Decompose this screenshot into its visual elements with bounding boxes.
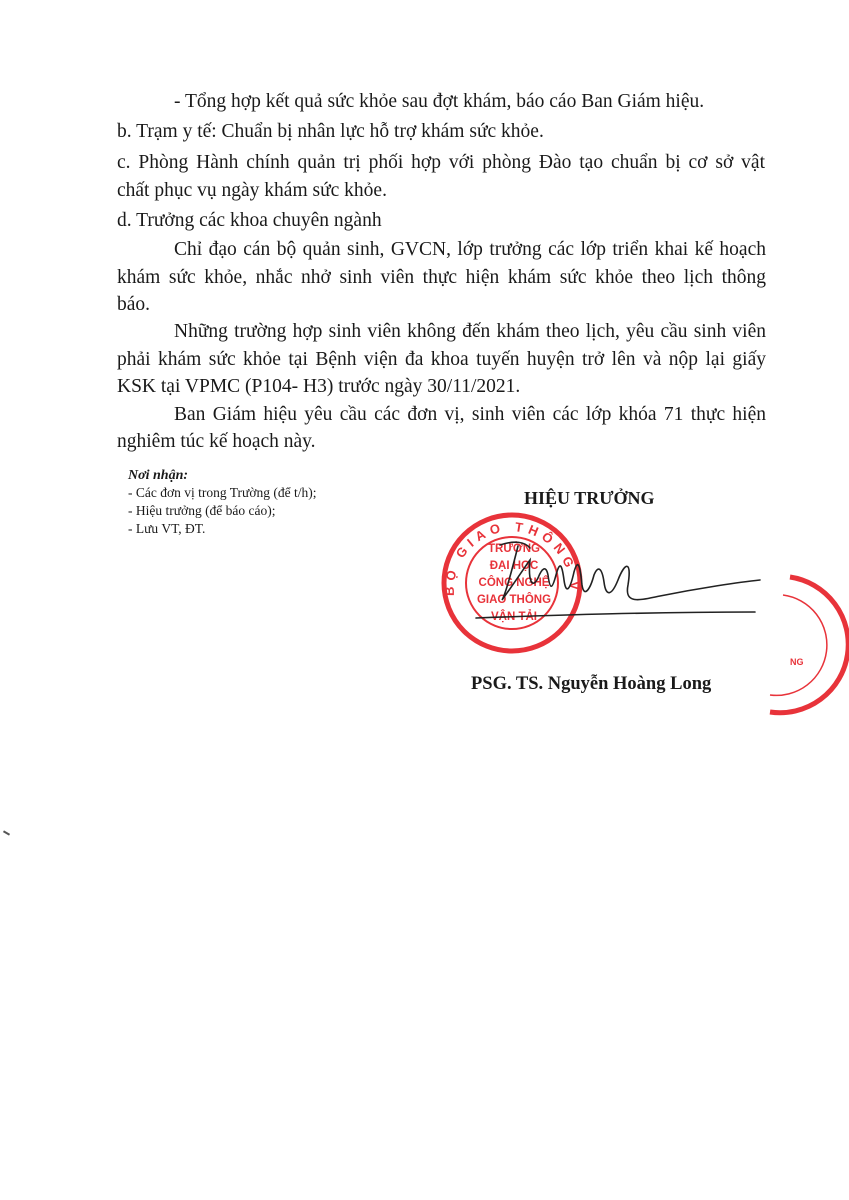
seal-and-signature: BỘ GIAO THÔNG VẬN TẢI TRƯỜNG ĐẠI HỌC CÔN… — [0, 0, 849, 1200]
partial-seal-stamp: NG — [770, 577, 848, 713]
svg-text:NG: NG — [790, 657, 804, 667]
svg-text:TRƯỜNG: TRƯỜNG — [488, 542, 540, 555]
official-seal-stamp: BỘ GIAO THÔNG VẬN TẢI TRƯỜNG ĐẠI HỌC CÔN… — [0, 0, 582, 651]
svg-text:BỘ GIAO THÔNG VẬN TẢI: BỘ GIAO THÔNG VẬN TẢI — [0, 0, 582, 596]
signer-name: PSG. TS. Nguyễn Hoàng Long — [471, 674, 711, 695]
svg-text:GIAO THÔNG: GIAO THÔNG — [477, 593, 551, 606]
